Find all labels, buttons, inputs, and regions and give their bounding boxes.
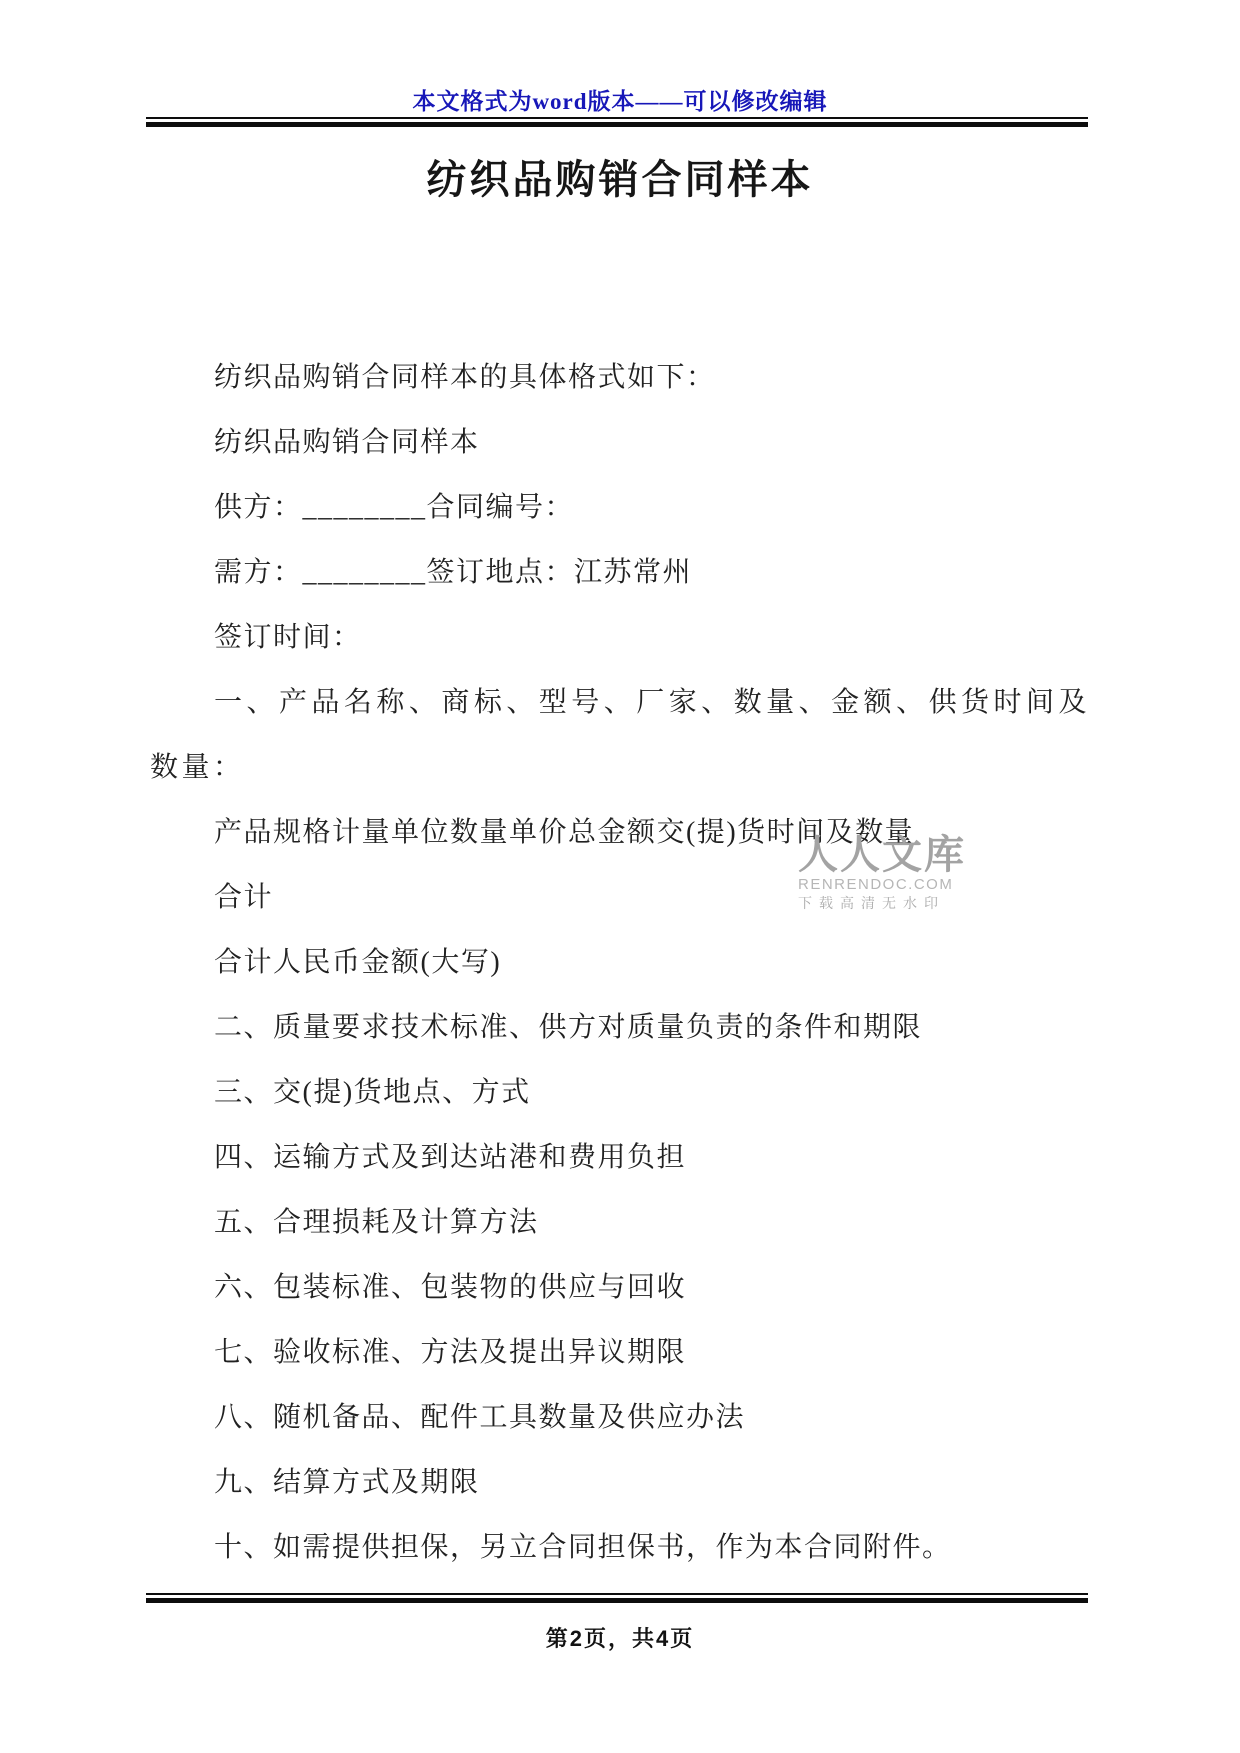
document-page: 本文格式为word版本——可以修改编辑 纺织品购销合同样本 纺织品购销合同样本的… bbox=[0, 0, 1240, 1753]
watermark-domain: RENRENDOC.COM bbox=[798, 877, 943, 893]
document-title: 纺织品购销合同样本 bbox=[150, 154, 1090, 206]
header-divider bbox=[146, 117, 1088, 127]
paragraph: 二、质量要求技术标准、供方对质量负责的条件和期限 bbox=[150, 995, 1090, 1060]
paragraph: 合计人民币金额(大写) bbox=[150, 930, 1090, 995]
watermark-tagline: 下载高清无水印 bbox=[798, 896, 943, 911]
paragraph: 供方：________合同编号： bbox=[150, 475, 1090, 540]
paragraph: 五、合理损耗及计算方法 bbox=[150, 1190, 1090, 1255]
paragraph: 十、如需提供担保，另立合同担保书，作为本合同附件。 bbox=[150, 1515, 1090, 1580]
paragraph: 纺织品购销合同样本的具体格式如下： bbox=[150, 345, 1090, 410]
contract-body: 纺织品购销合同样本的具体格式如下：纺织品购销合同样本供方：________合同编… bbox=[150, 345, 1090, 1580]
paragraph: 一、产品名称、商标、型号、厂家、数量、金额、供货时间及数量： bbox=[150, 670, 1090, 800]
paragraph: 九、结算方式及期限 bbox=[150, 1450, 1090, 1515]
watermark-brand: 人人文库 bbox=[798, 834, 943, 876]
paragraph: 签订时间： bbox=[150, 605, 1090, 670]
paragraph: 八、随机备品、配件工具数量及供应办法 bbox=[150, 1385, 1090, 1450]
page-number: 第2页，共4页 bbox=[0, 1622, 1240, 1653]
paragraph: 六、包装标准、包装物的供应与回收 bbox=[150, 1255, 1090, 1320]
watermark: 人人文库 RENRENDOC.COM 下载高清无水印 bbox=[798, 834, 943, 911]
paragraph: 纺织品购销合同样本 bbox=[150, 410, 1090, 475]
paragraph: 七、验收标准、方法及提出异议期限 bbox=[150, 1320, 1090, 1385]
footer-divider bbox=[146, 1593, 1088, 1603]
paragraph: 需方：________签订地点：江苏常州 bbox=[150, 540, 1090, 605]
paragraph: 四、运输方式及到达站港和费用负担 bbox=[150, 1125, 1090, 1190]
paragraph: 三、交(提)货地点、方式 bbox=[150, 1060, 1090, 1125]
header-notice: 本文格式为word版本——可以修改编辑 bbox=[0, 83, 1240, 116]
